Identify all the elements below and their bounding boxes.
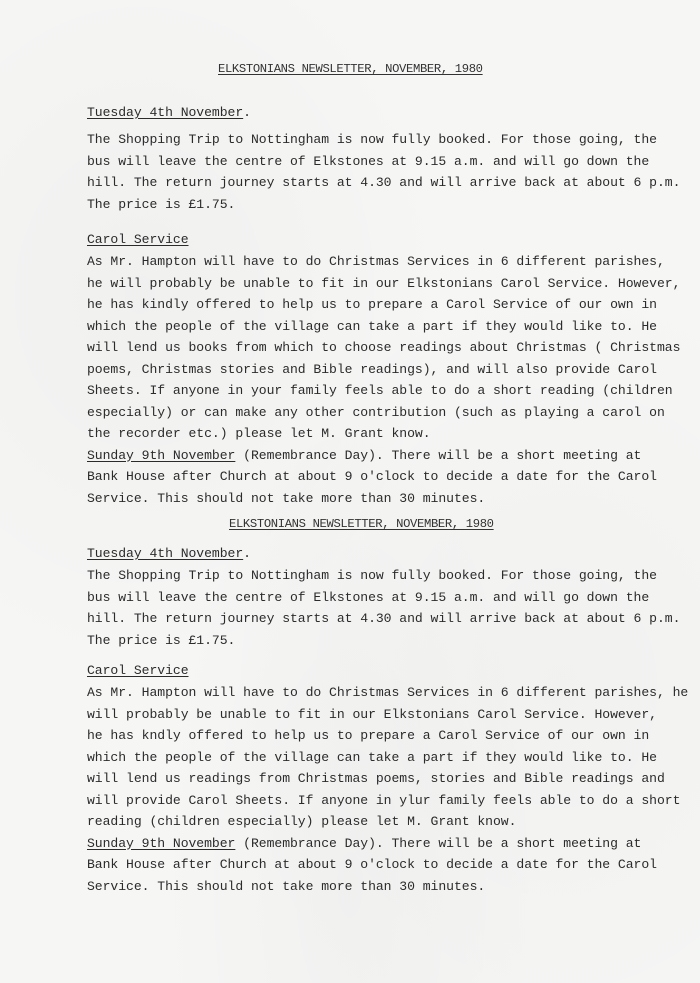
section-heading-carol-service: Carol Service xyxy=(87,232,189,247)
body-line: will probably be unable to fit in our El… xyxy=(87,707,657,722)
body-line: hill. The return journey starts at 4.30 … xyxy=(87,175,680,190)
body-line: Bank House after Church at about 9 o'clo… xyxy=(87,469,657,484)
body-line: As Mr. Hampton will have to do Christmas… xyxy=(87,685,688,700)
section-heading-shopping-trip: Tuesday 4th November. xyxy=(87,546,251,561)
body-line: The Shopping Trip to Nottingham is now f… xyxy=(87,568,657,583)
heading-suffix: . xyxy=(243,546,251,561)
newsletter-title: ELKSTONIANS NEWSLETTER, NOVEMBER, 1980 xyxy=(218,62,483,76)
body-line: he has kndly offered to help us to prepa… xyxy=(87,728,649,743)
heading-text: Tuesday 4th November xyxy=(87,105,243,120)
body-line: Service. This should not take more than … xyxy=(87,879,485,894)
body-line: The Shopping Trip to Nottingham is now f… xyxy=(87,132,657,147)
heading-text: Tuesday 4th November xyxy=(87,546,243,561)
newsletter-title: ELKSTONIANS NEWSLETTER, NOVEMBER, 1980 xyxy=(229,517,494,531)
body-line: hill. The return journey starts at 4.30 … xyxy=(87,611,680,626)
heading-suffix: . xyxy=(243,105,251,120)
body-line: bus will leave the centre of Elkstones a… xyxy=(87,590,649,605)
body-line: reading (children especially) please let… xyxy=(87,814,516,829)
body-line: which the people of the village can take… xyxy=(87,750,657,765)
body-line: Service. This should not take more than … xyxy=(87,491,485,506)
body-line: the recorder etc.) please let M. Grant k… xyxy=(87,426,431,441)
section-heading-shopping-trip: Tuesday 4th November. xyxy=(87,105,251,120)
body-line: he will probably be unable to fit in our… xyxy=(87,276,680,291)
body-text: (Remembrance Day). There will be a short… xyxy=(235,448,641,463)
body-line: which the people of the village can take… xyxy=(87,319,657,334)
section-heading-remembrance-meeting: Sunday 9th November (Remembrance Day). T… xyxy=(87,448,641,463)
body-line: The price is £1.75. xyxy=(87,197,235,212)
body-line: especially) or can make any other contri… xyxy=(87,405,665,420)
body-text: (Remembrance Day). There will be a short… xyxy=(235,836,641,851)
body-line: will provide Carol Sheets. If anyone in … xyxy=(87,793,680,808)
section-heading-carol-service: Carol Service xyxy=(87,663,189,678)
heading-text: Sunday 9th November xyxy=(87,836,235,851)
body-line: he has kindly offered to help us to prep… xyxy=(87,297,657,312)
body-line: As Mr. Hampton will have to do Christmas… xyxy=(87,254,665,269)
body-line: Bank House after Church at about 9 o'clo… xyxy=(87,857,657,872)
section-heading-remembrance-meeting: Sunday 9th November (Remembrance Day). T… xyxy=(87,836,641,851)
body-line: Sheets. If anyone in your family feels a… xyxy=(87,383,673,398)
body-line: will lend us books from which to choose … xyxy=(87,340,680,355)
body-line: bus will leave the centre of Elkstones a… xyxy=(87,154,649,169)
body-line: will lend us readings from Christmas poe… xyxy=(87,771,665,786)
heading-text: Sunday 9th November xyxy=(87,448,235,463)
newsletter-page: ELKSTONIANS NEWSLETTER, NOVEMBER, 1980 T… xyxy=(0,0,700,983)
body-line: poems, Christmas stories and Bible readi… xyxy=(87,362,657,377)
body-line: The price is £1.75. xyxy=(87,633,235,648)
